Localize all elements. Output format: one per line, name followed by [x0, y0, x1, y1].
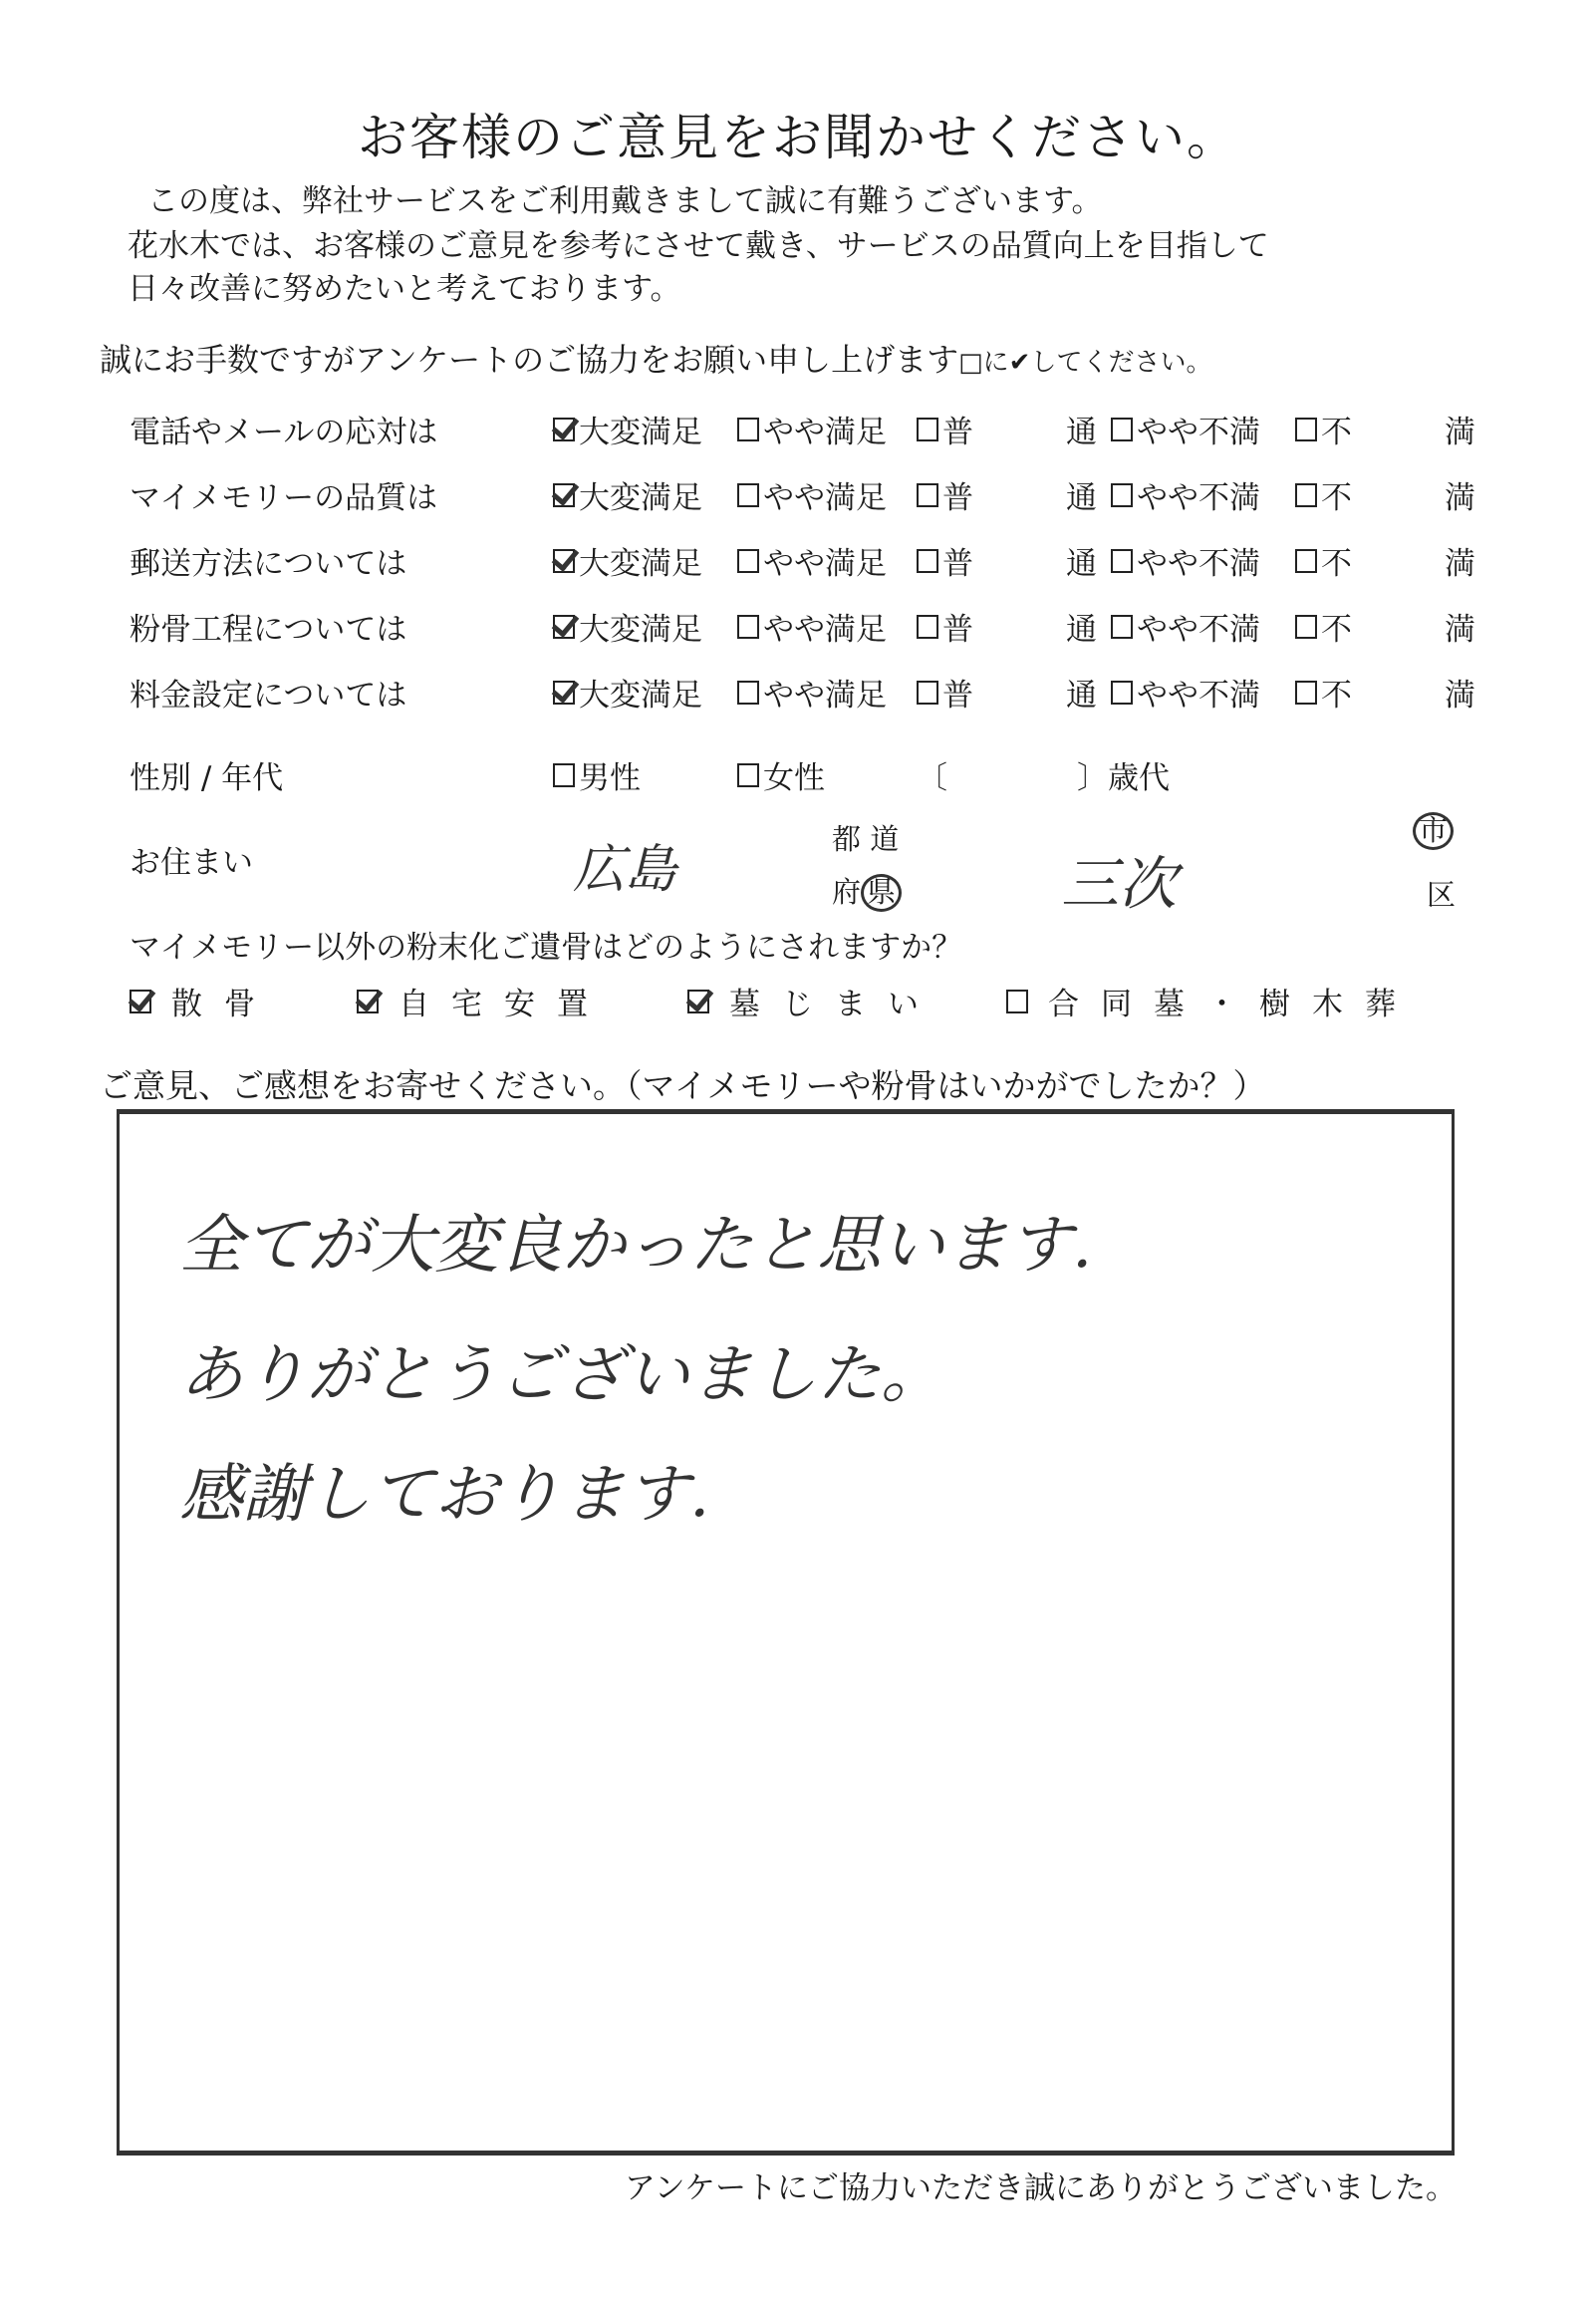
remains-option-label: 散骨	[171, 979, 277, 1023]
comment-line-2: ありがとうございました。	[179, 1323, 944, 1415]
rating-question: 料金設定については	[130, 670, 406, 715]
rating-checkbox[interactable]	[917, 681, 938, 705]
comments-box[interactable]: 全てが大変良かったと思います. ありがとうございました。 感謝しております.	[117, 1109, 1455, 2156]
rating-checkbox[interactable]	[1111, 615, 1133, 639]
rating-checkbox[interactable]	[553, 483, 575, 507]
rating-checkbox[interactable]	[1295, 418, 1317, 441]
rating-option[interactable]: 大変満足	[553, 670, 702, 715]
remains-option[interactable]: 墓じまい	[687, 979, 940, 1023]
rating-checkbox[interactable]	[737, 681, 759, 705]
remains-question: マイメモリー以外の粉末化ご遺骨はどのようにされますか？	[130, 922, 962, 967]
rating-option[interactable]: やや満足	[737, 604, 887, 649]
rating-checkbox[interactable]	[737, 483, 759, 507]
rating-checkbox[interactable]	[1111, 549, 1133, 573]
male-option[interactable]: 男性	[553, 752, 641, 797]
address-label: お住まい	[130, 837, 253, 882]
prefecture-value[interactable]: 広島	[573, 827, 676, 902]
rating-checkbox[interactable]	[553, 549, 575, 573]
rating-checkbox[interactable]	[917, 418, 938, 441]
rating-option[interactable]: 不 満	[1295, 407, 1475, 451]
rating-option-label: やや満足	[763, 670, 887, 715]
rating-option-label: 不 満	[1321, 670, 1475, 715]
city-shi[interactable]: 市	[1413, 812, 1454, 850]
rating-checkbox[interactable]	[1111, 418, 1133, 441]
rating-option-label: やや満足	[763, 604, 887, 649]
rating-checkbox[interactable]	[553, 418, 575, 441]
age-open-bracket: 〔	[917, 752, 947, 797]
rating-option-label: 大変満足	[579, 604, 702, 649]
prefecture-ken-circled[interactable]: 県	[861, 874, 902, 912]
rating-checkbox[interactable]	[737, 615, 759, 639]
rating-option[interactable]: 大変満足	[553, 538, 702, 583]
intro-line-1: この度は、弊社サービスをご利用戴きまして誠に有難うございます。	[147, 175, 1103, 220]
rating-checkbox[interactable]	[1295, 681, 1317, 705]
page-title: お客様のご意見をお聞かせください。	[0, 98, 1596, 169]
city-value[interactable]: 三次	[1061, 837, 1177, 921]
rating-option-label: 普 通	[942, 472, 1097, 517]
rating-checkbox[interactable]	[1111, 483, 1133, 507]
age-suffix: 〕歳代	[1077, 752, 1170, 797]
intro-line-3: 日々改善に努めたいと考えております。	[128, 263, 681, 308]
remains-option-label: 墓じまい	[729, 979, 940, 1023]
prefecture-suffix-top: 都 道	[832, 817, 899, 858]
rating-option[interactable]: 大変満足	[553, 604, 702, 649]
rating-question: 電話やメールの応対は	[130, 407, 437, 451]
comment-line-1: 全てが大変良かったと思います.	[179, 1194, 1092, 1286]
male-label: 男性	[579, 752, 641, 797]
rating-question: マイメモリーの品質は	[130, 472, 437, 517]
rating-option[interactable]: やや不満	[1111, 670, 1260, 715]
rating-option[interactable]: 不 満	[1295, 472, 1475, 517]
city-shi-circled[interactable]: 市	[1413, 812, 1454, 850]
comment-line-3: 感謝しております.	[179, 1443, 709, 1535]
rating-checkbox[interactable]	[917, 615, 938, 639]
remains-option[interactable]: 合同墓・樹木葬	[1006, 979, 1418, 1023]
rating-option-label: 不 満	[1321, 407, 1475, 451]
rating-option-label: 大変満足	[579, 670, 702, 715]
female-checkbox[interactable]	[737, 763, 759, 787]
intro-line-2: 花水木では、お客様のご意見を参考にさせて戴き、サービスの品質向上を目指して	[128, 220, 1269, 265]
rating-option[interactable]: 普 通	[917, 472, 1097, 517]
rating-option-label: 大変満足	[579, 407, 702, 451]
rating-checkbox[interactable]	[917, 483, 938, 507]
rating-option-label: 普 通	[942, 407, 1097, 451]
demographics-label: 性別 / 年代	[130, 752, 283, 797]
rating-option[interactable]: やや不満	[1111, 472, 1260, 517]
rating-option-label: やや満足	[763, 472, 887, 517]
rating-option-label: やや不満	[1137, 407, 1260, 451]
remains-option-label: 合同墓・樹木葬	[1048, 979, 1418, 1023]
rating-option-label: 大変満足	[579, 538, 702, 583]
rating-option-label: 不 満	[1321, 538, 1475, 583]
rating-option[interactable]: 大変満足	[553, 472, 702, 517]
rating-option-label: やや不満	[1137, 538, 1260, 583]
rating-question: 粉骨工程については	[130, 604, 406, 649]
rating-option-label: やや不満	[1137, 604, 1260, 649]
rating-option[interactable]: やや満足	[737, 472, 887, 517]
rating-option[interactable]: 普 通	[917, 670, 1097, 715]
city-ku: 区	[1427, 873, 1456, 914]
rating-option[interactable]: 不 満	[1295, 670, 1475, 715]
rating-option[interactable]: やや満足	[737, 538, 887, 583]
rating-checkbox[interactable]	[737, 418, 759, 441]
rating-option[interactable]: やや満足	[737, 670, 887, 715]
age-field[interactable]: 〔 〕歳代	[917, 752, 1170, 797]
rating-option-label: 不 満	[1321, 604, 1475, 649]
rating-option-label: 普 通	[942, 538, 1097, 583]
rating-option-label: やや満足	[763, 407, 887, 451]
rating-option-label: やや不満	[1137, 670, 1260, 715]
rating-option[interactable]: 不 満	[1295, 604, 1475, 649]
prefecture-fu: 府	[832, 875, 861, 909]
female-option[interactable]: 女性	[737, 752, 825, 797]
rating-checkbox[interactable]	[553, 681, 575, 705]
remains-checkbox[interactable]	[1006, 990, 1028, 1013]
remains-checkbox[interactable]	[130, 990, 151, 1013]
instruction-text: 誠にお手数ですがアンケートのご協力をお願い申し上げます	[100, 341, 958, 379]
remains-checkbox[interactable]	[357, 990, 379, 1013]
female-label: 女性	[763, 752, 825, 797]
rating-checkbox[interactable]	[917, 549, 938, 573]
rating-checkbox[interactable]	[1295, 615, 1317, 639]
rating-option[interactable]: やや不満	[1111, 538, 1260, 583]
remains-option[interactable]: 散骨	[130, 979, 277, 1023]
rating-option-label: 不 満	[1321, 472, 1475, 517]
rating-option-label: 普 通	[942, 670, 1097, 715]
remains-option[interactable]: 自宅安置	[357, 979, 610, 1023]
prefecture-suffix-bottom: 府県	[832, 870, 902, 912]
comments-header: ご意見、ご感想をお寄せください。（マイメモリーや粉骨はいかがでしたか？）	[100, 1060, 1266, 1107]
rating-checkbox[interactable]	[1295, 483, 1317, 507]
rating-option[interactable]: やや不満	[1111, 604, 1260, 649]
rating-checkbox[interactable]	[553, 615, 575, 639]
rating-option[interactable]: やや満足	[737, 407, 887, 451]
instruction: 誠にお手数ですがアンケートのご協力をお願い申し上げます□に✔してください。	[100, 335, 1211, 381]
remains-checkbox[interactable]	[687, 990, 709, 1013]
rating-option-label: 普 通	[942, 604, 1097, 649]
rating-checkbox[interactable]	[1295, 549, 1317, 573]
rating-option[interactable]: 普 通	[917, 604, 1097, 649]
rating-option-label: やや満足	[763, 538, 887, 583]
rating-option[interactable]: 普 通	[917, 407, 1097, 451]
rating-option[interactable]: やや不満	[1111, 407, 1260, 451]
rating-checkbox[interactable]	[1111, 681, 1133, 705]
rating-option[interactable]: 普 通	[917, 538, 1097, 583]
footer-thanks: アンケートにご協力いただき誠にありがとうございました。	[625, 2162, 1457, 2207]
rating-option[interactable]: 不 満	[1295, 538, 1475, 583]
instruction-suffix: □に✔してください。	[958, 348, 1211, 378]
rating-option-label: 大変満足	[579, 472, 702, 517]
male-checkbox[interactable]	[553, 763, 575, 787]
rating-option-label: やや不満	[1137, 472, 1260, 517]
rating-checkbox[interactable]	[737, 549, 759, 573]
rating-option[interactable]: 大変満足	[553, 407, 702, 451]
rating-question: 郵送方法については	[130, 538, 406, 583]
remains-option-label: 自宅安置	[399, 979, 610, 1023]
